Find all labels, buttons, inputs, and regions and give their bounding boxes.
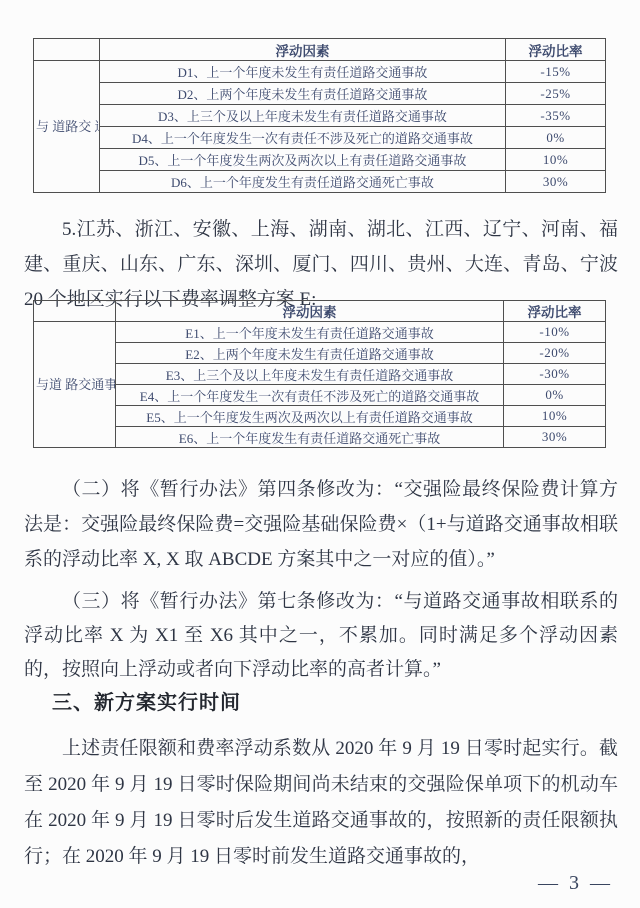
ratio-cell: 30%: [506, 171, 606, 193]
ratio-cell: 0%: [506, 127, 606, 149]
table-row: E2、上两个年度未发生有责任道路交通事故 -20%: [34, 343, 606, 364]
document-page: 浮动因素 浮动比率 与 道路交 通事故 相联系 的浮动 方案 D D1、上一个年…: [0, 0, 640, 908]
factor-cell: D3、上三个及以上年度未发生有责任道路交通事故: [100, 105, 506, 127]
floating-scheme-e-table: 浮动因素 浮动比率 与道 路交通事 故相联系 的浮动方 案 E E1、上一个年度…: [33, 300, 606, 448]
factor-cell: E4、上一个年度发生一次有责任不涉及死亡的道路交通事故: [116, 385, 504, 406]
factor-cell: E5、上一个年度发生两次及两次以上有责任道路交通事故: [116, 406, 504, 427]
table-header-row: 浮动因素 浮动比率: [34, 39, 606, 61]
table-row: D2、上两个年度未发生有责任道路交通事故 -25%: [34, 83, 606, 105]
ratio-cell: 10%: [504, 406, 606, 427]
table-row: D5、上一个年度发生两次及两次以上有责任道路交通事故 10%: [34, 149, 606, 171]
table-row: 与 道路交 通事故 相联系 的浮动 方案 D D1、上一个年度未发生有责任道路交…: [34, 61, 606, 83]
floating-scheme-d-table: 浮动因素 浮动比率 与 道路交 通事故 相联系 的浮动 方案 D D1、上一个年…: [33, 38, 606, 193]
ratio-header: 浮动比率: [506, 39, 606, 61]
scheme-e-side-label: 与道 路交通事 故相联系 的浮动方 案 E: [34, 322, 116, 448]
table-row: E6、上一个年度发生有责任道路交通死亡事故 30%: [34, 427, 606, 448]
factor-cell: E6、上一个年度发生有责任道路交通死亡事故: [116, 427, 504, 448]
factor-cell: D6、上一个年度发生有责任道路交通死亡事故: [100, 171, 506, 193]
table-row: E3、上三个及以上年度未发生有责任道路交通事故 -30%: [34, 364, 606, 385]
factor-cell: D1、上一个年度未发生有责任道路交通事故: [100, 61, 506, 83]
ratio-cell: -15%: [506, 61, 606, 83]
page-number: — 3 —: [538, 872, 613, 895]
empty-header-cell: [34, 39, 100, 61]
table-row: E4、上一个年度发生一次有责任不涉及死亡的道路交通事故 0%: [34, 385, 606, 406]
factor-cell: E1、上一个年度未发生有责任道路交通事故: [116, 322, 504, 343]
table-row: D6、上一个年度发生有责任道路交通死亡事故 30%: [34, 171, 606, 193]
ratio-cell: -10%: [504, 322, 606, 343]
factor-cell: E3、上三个及以上年度未发生有责任道路交通事故: [116, 364, 504, 385]
table-row: D4、上一个年度发生一次有责任不涉及死亡的道路交通事故 0%: [34, 127, 606, 149]
table-row: 与道 路交通事 故相联系 的浮动方 案 E E1、上一个年度未发生有责任道路交通…: [34, 322, 606, 343]
amendment-item3-paragraph: （三）将《暂行办法》第七条修改为：“与道路交通事故相联系的浮动比率 X 为 X1…: [24, 585, 618, 687]
section-heading: 三、新方案实行时间: [24, 686, 640, 715]
ratio-cell: -20%: [504, 343, 606, 364]
ratio-cell: 10%: [506, 149, 606, 171]
table-header-row: 浮动因素 浮动比率: [34, 301, 606, 322]
table-row: D3、上三个及以上年度未发生有责任道路交通事故 -35%: [34, 105, 606, 127]
factor-header: 浮动因素: [100, 39, 506, 61]
implementation-paragraph: 上述责任限额和费率浮动系数从 2020 年 9 月 19 日零时起实行。截至 2…: [24, 731, 618, 875]
ratio-cell: -35%: [506, 105, 606, 127]
empty-header-cell: [34, 301, 116, 322]
scheme-d-side-label: 与 道路交 通事故 相联系 的浮动 方案 D: [34, 61, 100, 193]
ratio-cell: 0%: [504, 385, 606, 406]
amendment-item2-paragraph: （二）将《暂行办法》第四条修改为：“交强险最终保险费计算方法是：交强险最终保险费…: [24, 472, 618, 577]
factor-cell: D4、上一个年度发生一次有责任不涉及死亡的道路交通事故: [100, 127, 506, 149]
ratio-cell: 30%: [504, 427, 606, 448]
ratio-cell: -25%: [506, 83, 606, 105]
factor-header: 浮动因素: [116, 301, 504, 322]
ratio-cell: -30%: [504, 364, 606, 385]
table-row: E5、上一个年度发生两次及两次以上有责任道路交通事故 10%: [34, 406, 606, 427]
ratio-header: 浮动比率: [504, 301, 606, 322]
factor-cell: D2、上两个年度未发生有责任道路交通事故: [100, 83, 506, 105]
factor-cell: D5、上一个年度发生两次及两次以上有责任道路交通事故: [100, 149, 506, 171]
factor-cell: E2、上两个年度未发生有责任道路交通事故: [116, 343, 504, 364]
